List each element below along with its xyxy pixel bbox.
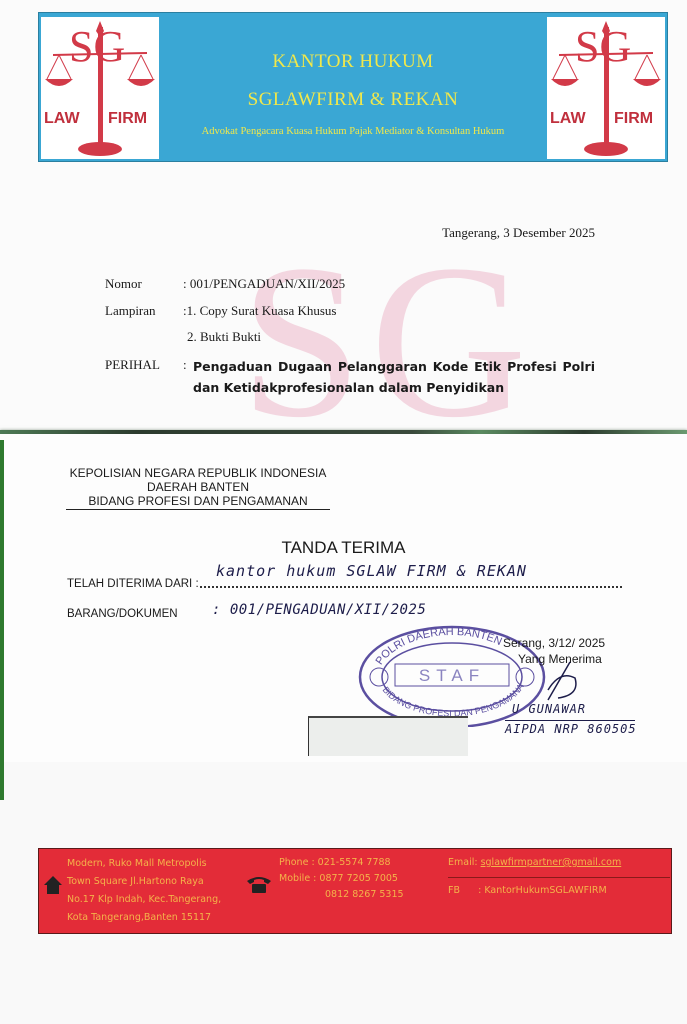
field-label: Lampiran (105, 303, 183, 319)
svg-text:STAF: STAF (419, 666, 485, 685)
document-value: : 001/PENGADUAN/XII/2025 (212, 602, 426, 618)
scales-of-justice-icon: SG LAW FIRM (547, 17, 665, 159)
field-nomor: Nomor: 001/PENGADUAN/XII/2025 (105, 276, 345, 292)
mobile-number: Mobile : 0877 7205 7005 (279, 871, 404, 887)
email-link[interactable]: sglawfirmpartner@gmail.com (481, 857, 622, 868)
paper-edge (0, 430, 687, 434)
firm-title-line2: SGLAWFIRM & REKAN (161, 89, 545, 111)
home-icon (43, 875, 63, 895)
svg-text:FIRM: FIRM (614, 110, 653, 127)
received-place-date: Serang, 3/12/ 2025 (503, 636, 605, 650)
letter-date: Tangerang, 3 Desember 2025 (442, 225, 595, 241)
institution-line: BIDANG PROFESI DAN PENGAMANAN (66, 494, 330, 510)
phone-number: Phone : 021-5574 7788 (279, 855, 404, 871)
field-value: 2. Bukti Bukti (183, 329, 261, 344)
firm-tagline: Advokat Pengacara Kuasa Hukum Pajak Medi… (161, 126, 545, 137)
svg-text:FIRM: FIRM (108, 110, 147, 127)
field-perihal: PERIHAL: (105, 357, 187, 373)
field-lampiran: Lampiran:1. Copy Surat Kuasa Khusus (105, 303, 336, 319)
redacted-area (308, 716, 468, 756)
contact-phones: Phone : 021-5574 7788 Mobile : 0877 7205… (279, 855, 404, 903)
signature-scribble (540, 660, 590, 705)
office-address: Modern, Ruko Mall Metropolis Town Square… (67, 855, 221, 927)
letterhead-banner: SG LAW FIRM KANTOR HUKUM SGLAWFIRM & REK… (38, 12, 668, 162)
dotted-line (200, 586, 622, 588)
police-institution-header: KEPOLISIAN NEGARA REPUBLIK INDONESIA DAE… (66, 466, 330, 510)
document-label: BARANG/DOKUMEN (67, 608, 178, 620)
svg-text:LAW: LAW (44, 110, 80, 127)
receiver-rank: AIPDA NRP 860505 (505, 722, 637, 736)
institution-line: KEPOLISIAN NEGARA REPUBLIK INDONESIA (66, 466, 330, 480)
field-lampiran-2: 2. Bukti Bukti (105, 329, 261, 345)
signature-line (505, 720, 635, 721)
mobile-number-2: 0812 8267 5315 (279, 887, 404, 903)
received-from-value: kantor hukum SGLAW FIRM & REKAN (216, 562, 527, 580)
law-firm-logo: SG LAW FIRM (41, 17, 159, 159)
law-firm-logo: SG LAW FIRM (547, 17, 665, 159)
receiver-name: U GUNAWAR (512, 702, 586, 716)
letterhead-footer: Modern, Ruko Mall Metropolis Town Square… (38, 848, 672, 934)
institution-line: DAERAH BANTEN (66, 480, 330, 494)
perihal-subject: Pengaduan Dugaan Pelanggaran Kode Etik P… (183, 356, 595, 398)
received-from-label: TELAH DITERIMA DARI : (67, 578, 199, 590)
background-edge (0, 440, 4, 800)
field-label: PERIHAL (105, 357, 183, 373)
facebook-contact: FB : KantorHukumSGLAWFIRM (448, 885, 607, 896)
receipt-title: TANDA TERIMA (0, 538, 687, 558)
email-contact: Email: sglawfirmpartner@gmail.com (448, 857, 621, 868)
svg-text:LAW: LAW (550, 110, 586, 127)
field-value: : 001/PENGADUAN/XII/2025 (183, 276, 345, 291)
scales-of-justice-icon: SG LAW FIRM (41, 17, 159, 159)
field-label: Nomor (105, 276, 183, 292)
field-value: :1. Copy Surat Kuasa Khusus (183, 303, 336, 318)
telephone-icon (246, 875, 272, 893)
divider (448, 877, 670, 878)
firm-title-line1: KANTOR HUKUM (161, 51, 545, 73)
